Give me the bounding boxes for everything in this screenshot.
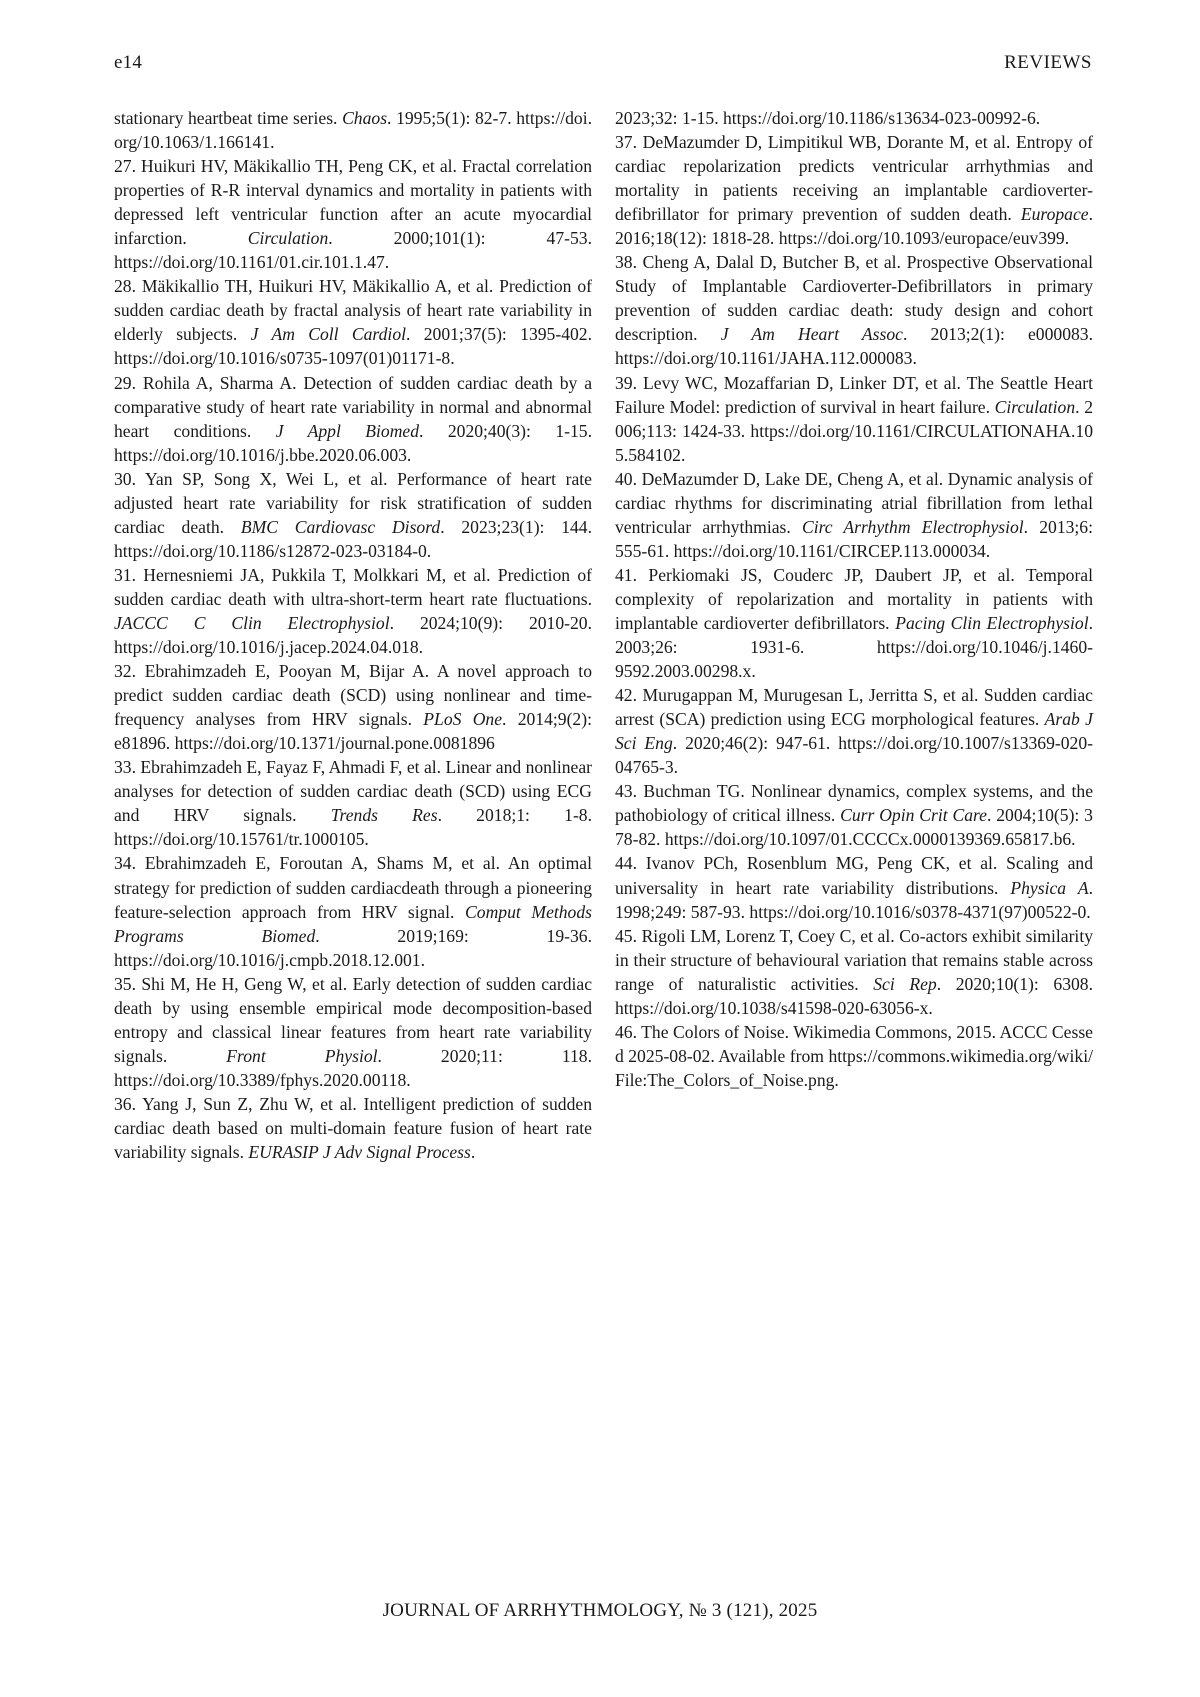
reference-item: 2023;32: 1-15. https://doi.org/10.1186/s…	[615, 106, 1093, 130]
journal-name: J Am Coll Cardiol	[251, 324, 406, 344]
reference-item: 29. Rohila A, Sharma A. Detection of sud…	[114, 371, 592, 467]
journal-name: BMC Cardiovasc Disord	[241, 517, 440, 537]
journal-name: Physica A	[1010, 878, 1088, 898]
reference-item: 33. Ebrahimzadeh E, Fayaz F, Ahmadi F, e…	[114, 755, 592, 851]
journal-name: Europace	[1021, 204, 1089, 224]
reference-item: 34. Ebrahimzadeh E, Foroutan A, Shams M,…	[114, 851, 592, 971]
journal-name: J Am Heart Assoc	[721, 324, 903, 344]
journal-name: Front Physiol	[226, 1046, 377, 1066]
journal-name: Curr Opin Crit Care	[840, 805, 987, 825]
reference-item: 38. Cheng A, Dalal D, Butcher B, et al. …	[615, 250, 1093, 370]
reference-item: 46. The Colors of Noise. Wikimedia Commo…	[615, 1020, 1093, 1092]
journal-name: Circ Arrhythm Electrophysiol	[802, 517, 1024, 537]
reference-item: 43. Buchman TG. Nonlinear dynamics, comp…	[615, 779, 1093, 851]
reference-item: 39. Levy WC, Mozaffarian D, Linker DT, e…	[615, 371, 1093, 467]
reference-item: 44. Ivanov PCh, Rosenblum MG, Peng CK, e…	[615, 851, 1093, 923]
reference-item: 28. Mäkikallio TH, Huikuri HV, Mäkikalli…	[114, 274, 592, 370]
journal-name: EURASIP J Adv Signal Process	[248, 1142, 470, 1162]
reference-item: 30. Yan SP, Song X, Wei L, et al. Perfor…	[114, 467, 592, 563]
reference-item: 36. Yang J, Sun Z, Zhu W, et al. Intelli…	[114, 1092, 592, 1164]
journal-name: PLoS One	[423, 709, 502, 729]
reference-item: 35. Shi M, He H, Geng W, et al. Early de…	[114, 972, 592, 1092]
section-title: REVIEWS	[1004, 52, 1092, 74]
journal-name: Pacing Clin Electrophysiol	[895, 613, 1088, 633]
reference-item: stationary heartbeat time series. Chaos.…	[114, 106, 592, 154]
journal-name: Circulation	[248, 228, 328, 248]
journal-name: J Appl Biomed	[276, 421, 419, 441]
reference-column-left: stationary heartbeat time series. Chaos.…	[114, 106, 592, 1164]
reference-item: 42. Murugappan M, Murugesan L, Jerritta …	[615, 683, 1093, 779]
journal-name: Chaos	[342, 108, 387, 128]
journal-name: Sci Rep	[873, 974, 936, 994]
journal-name: Trends Res	[331, 805, 438, 825]
reference-item: 40. DeMazumder D, Lake DE, Cheng A, et a…	[615, 467, 1093, 563]
journal-name: Circulation	[995, 397, 1075, 417]
reference-item: 31. Hernesniemi JA, Pukkila T, Molkkari …	[114, 563, 592, 659]
page-number: e14	[114, 52, 142, 74]
reference-column-right: 2023;32: 1-15. https://doi.org/10.1186/s…	[615, 106, 1093, 1092]
reference-item: 32. Ebrahimzadeh E, Pooyan M, Bijar A. A…	[114, 659, 592, 755]
reference-item: 41. Perkiomaki JS, Couderc JP, Daubert J…	[615, 563, 1093, 683]
journal-footer: JOURNAL OF ARRHYTHMOLOGY, № 3 (121), 202…	[0, 1600, 1200, 1622]
reference-item: 45. Rigoli LM, Lorenz T, Coey C, et al. …	[615, 924, 1093, 1020]
journal-name: JACCC C Clin Electrophysiol	[114, 613, 390, 633]
reference-item: 37. DeMazumder D, Limpitikul WB, Dorante…	[615, 130, 1093, 250]
reference-item: 27. Huikuri HV, Mäkikallio TH, Peng CK, …	[114, 154, 592, 274]
